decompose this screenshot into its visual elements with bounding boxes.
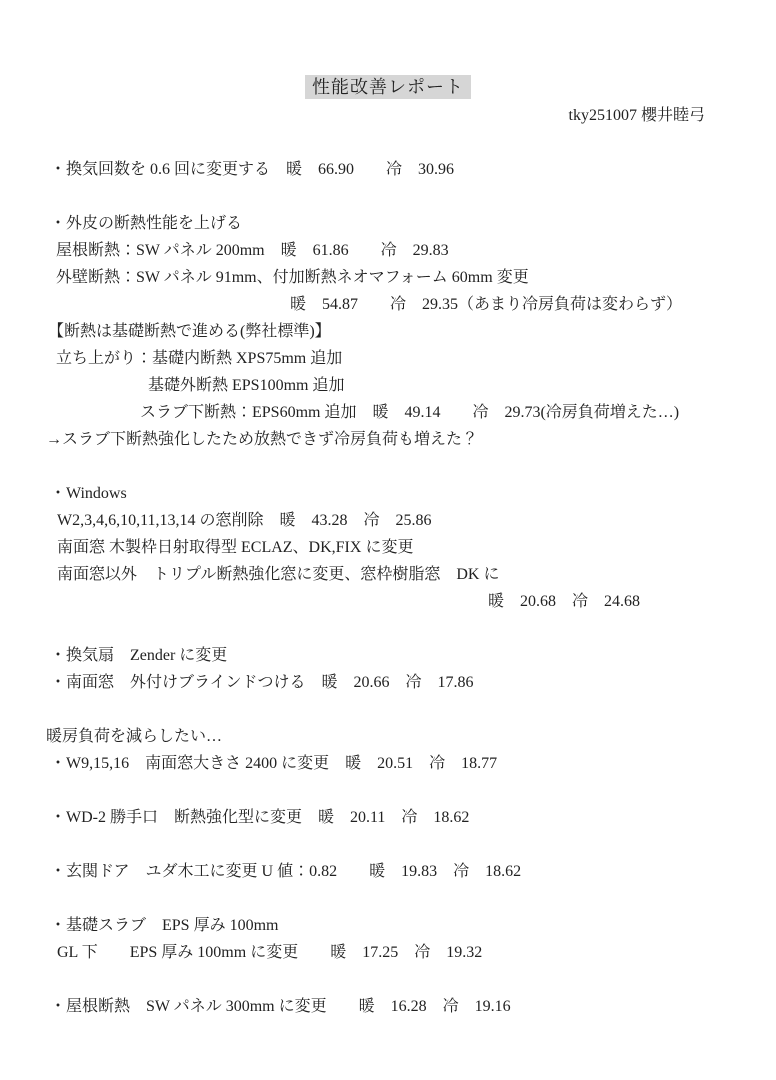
doc-line-slab-note: →スラブ下断熱強化したため放熱できず冷房負荷も増えた？ — [0, 426, 776, 453]
doc-line-outer-foundation: 基礎外断熱 EPS100mm 追加 — [0, 372, 776, 399]
doc-line-window-size: ・W9,15,16 南面窓大きさ 2400 に変更 暖 20.51 冷 18.7… — [0, 750, 776, 777]
author-line: tky251007 櫻井睦弓 — [0, 102, 776, 129]
doc-line-stem-wall: 立ち上がり：基礎内断熱 XPS75mm 追加 — [0, 345, 776, 372]
page-title: 性能改善レポート — [305, 75, 471, 99]
doc-line-ventilation-rate: ・換気回数を 0.6 回に変更する 暖 66.90 冷 30.96 — [0, 156, 776, 183]
doc-line-roof-300: ・屋根断熱 SW パネル 300mm に変更 暖 16.28 冷 19.16 — [0, 993, 776, 1020]
doc-line-foundation-heading: 【断熱は基礎断熱で進める(弊社標準)】 — [0, 318, 776, 345]
doc-line-entrance-door: ・玄関ドア ユダ木工に変更 U 値：0.82 暖 19.83 冷 18.62 — [0, 858, 776, 885]
doc-line-fan-change: ・換気扇 Zender に変更 — [0, 642, 776, 669]
blank-line — [0, 696, 776, 723]
document-content: 性能改善レポート tky251007 櫻井睦弓 ・換気回数を 0.6 回に変更す… — [0, 0, 776, 1020]
doc-line-gl-below: GL 下 EPS 厚み 100mm に変更 暖 17.25 冷 19.32 — [0, 939, 776, 966]
blank-line — [0, 966, 776, 993]
doc-line-other-windows: 南面窓以外 トリプル断熱強化窓に変更、窓枠樹脂窓 DK に — [0, 561, 776, 588]
doc-line-windows-result: 暖 20.68 冷 24.68 — [0, 588, 776, 615]
doc-line-back-door: ・WD-2 勝手口 断熱強化型に変更 暖 20.11 冷 18.62 — [0, 804, 776, 831]
doc-line-roof-insulation: 屋根断熱：SW パネル 200mm 暖 61.86 冷 29.83 — [0, 237, 776, 264]
doc-line-wall-insulation: 外壁断熱：SW パネル 91mm、付加断熱ネオマフォーム 60mm 変更 — [0, 264, 776, 291]
blank-line — [0, 777, 776, 804]
doc-line-heating-goal: 暖房負荷を減らしたい… — [0, 723, 776, 750]
doc-line-foundation-slab: ・基礎スラブ EPS 厚み 100mm — [0, 912, 776, 939]
doc-line-envelope-heading: ・外皮の断熱性能を上げる — [0, 210, 776, 237]
doc-line-under-slab: スラブ下断熱：EPS60mm 追加 暖 49.14 冷 29.73(冷房負荷増え… — [0, 399, 776, 426]
doc-line-windows-heading: ・Windows — [0, 480, 776, 507]
blank-line — [0, 183, 776, 210]
doc-line-south-windows: 南面窓 木製枠日射取得型 ECLAZ、DK,FIX に変更 — [0, 534, 776, 561]
blank-line — [0, 129, 776, 156]
doc-line-wall-result: 暖 54.87 冷 29.35（あまり冷房負荷は変わらず） — [0, 291, 776, 318]
blank-line — [0, 831, 776, 858]
doc-line-window-removal: W2,3,4,6,10,11,13,14 の窓削除 暖 43.28 冷 25.8… — [0, 507, 776, 534]
blank-line — [0, 885, 776, 912]
doc-line-external-blind: ・南面窓 外付けブラインドつける 暖 20.66 冷 17.86 — [0, 669, 776, 696]
document-page: 性能改善レポート tky251007 櫻井睦弓 ・換気回数を 0.6 回に変更す… — [0, 0, 776, 1080]
title-line: 性能改善レポート — [0, 75, 776, 102]
blank-line — [0, 453, 776, 480]
blank-line — [0, 615, 776, 642]
